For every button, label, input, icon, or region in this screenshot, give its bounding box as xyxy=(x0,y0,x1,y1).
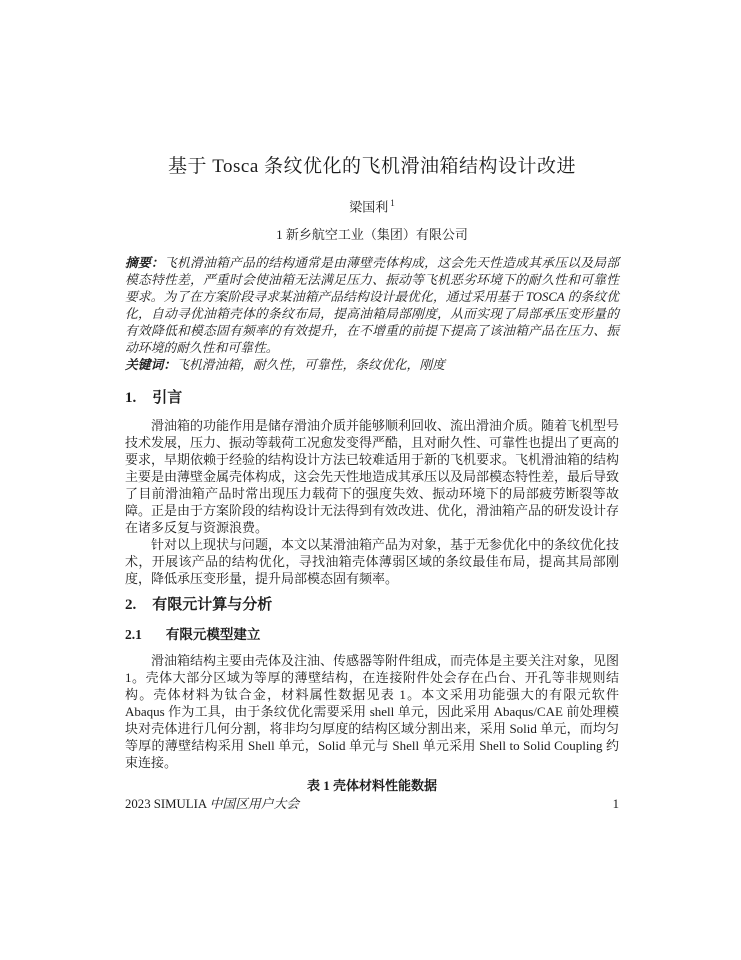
abstract-text: 飞机滑油箱产品的结构通常是由薄壁壳体构成，这会先天性造成其承压以及局部模态特性差… xyxy=(125,256,619,355)
keywords-label: 关键词： xyxy=(125,358,176,372)
author-line: 梁国利1 xyxy=(125,195,619,215)
subsection-number: 2.1 xyxy=(125,626,142,644)
section-heading-fem-analysis: 2.有限元计算与分析 xyxy=(125,595,619,616)
abstract-block: 摘要：飞机滑油箱产品的结构通常是由薄壁壳体构成，这会先天性造成其承压以及局部模态… xyxy=(125,255,619,357)
section-number: 1. xyxy=(125,388,136,409)
section-title: 有限元计算与分析 xyxy=(152,597,272,613)
author-name: 梁国利 xyxy=(349,199,388,214)
section-title: 引言 xyxy=(152,390,182,406)
abstract-label: 摘要： xyxy=(125,256,164,270)
author-superscript: 1 xyxy=(390,198,395,208)
paper-title: 基于 Tosca 条纹优化的飞机滑油箱结构设计改进 xyxy=(125,155,619,179)
intro-paragraph-2: 针对以上现状与问题，本文以某滑油箱产品为对象，基于无参优化中的条纹优化技术，开展… xyxy=(125,536,619,587)
affiliation: 1 新乡航空工业（集团）有限公司 xyxy=(125,226,619,243)
section-number: 2. xyxy=(125,595,136,616)
table-1-caption: 表 1 壳体材料性能数据 xyxy=(125,777,619,794)
section-heading-introduction: 1.引言 xyxy=(125,388,619,409)
page-footer: 2023 SIMULIA 中国区用户大会 1 xyxy=(125,796,619,812)
keywords-block: 关键词：飞机滑油箱，耐久性，可靠性，条纹优化，刚度 xyxy=(125,357,619,374)
subsection-heading-fem-model: 2.1有限元模型建立 xyxy=(125,626,619,644)
document-page: 基于 Tosca 条纹优化的飞机滑油箱结构设计改进 梁国利1 1 新乡航空工业（… xyxy=(0,0,741,960)
subsection-title: 有限元模型建立 xyxy=(166,627,261,642)
fem-model-paragraph: 滑油箱结构主要由壳体及注油、传感器等附件组成，而壳体是主要关注对象，见图 1。壳… xyxy=(125,652,619,771)
footer-conference-name: 中国区用户大会 xyxy=(210,797,300,811)
footer-conference-year: 2023 SIMULIA xyxy=(125,797,206,811)
keywords-text: 飞机滑油箱，耐久性，可靠性，条纹优化，刚度 xyxy=(176,358,445,372)
page-number: 1 xyxy=(613,796,619,812)
footer-conference: 2023 SIMULIA 中国区用户大会 xyxy=(125,796,299,812)
intro-paragraph-1: 滑油箱的功能作用是储存滑油介质并能够顺利回收、流出滑油介质。随着飞机型号技术发展… xyxy=(125,417,619,536)
